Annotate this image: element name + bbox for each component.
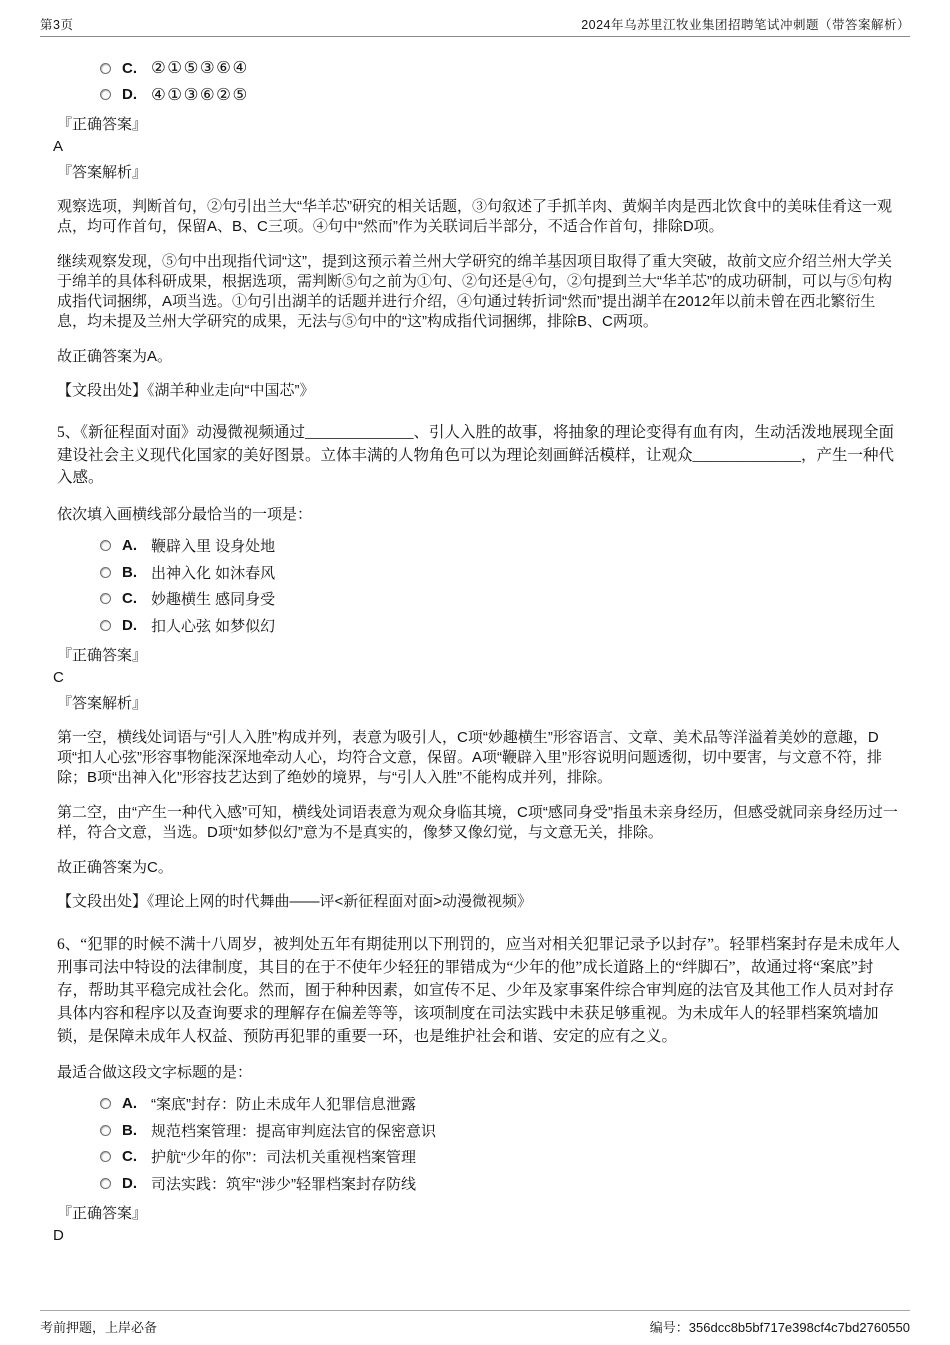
analysis-paragraph: 观察选项，判断首句，②句引出兰大“华羊芯”研究的相关话题，③句叙述了手抓羊肉、黄… (57, 197, 904, 237)
source-text: 【文段出处】《理论上网的时代舞曲——评<新征程面对面>动漫微视频》 (57, 892, 904, 912)
option-text: ④①③⑥②⑤ (151, 85, 249, 105)
option-text: 规范档案管理：提高审判庭法官的保密意识 (151, 1120, 436, 1141)
option-letter: C. (122, 60, 137, 77)
document-body: C. ②①⑤③⑥④ D. ④①③⑥②⑤ 『正确答案』 A 『答案解析』 观察选项… (0, 37, 950, 1310)
footer-slogan: 考前押题，上岸必备 (40, 1317, 157, 1345)
analysis-paragraph: 继续观察发现，⑤句中出现指代词“这”，提到这预示着兰州大学研究的绵羊基因项目取得… (57, 252, 904, 332)
option-letter: C. (122, 590, 137, 607)
option-row-q5-b[interactable]: B. 出神入化 如沐春风 (57, 559, 904, 586)
option-row-q6-a[interactable]: A. “案底”封存：防止未成年人犯罪信息泄露 (57, 1091, 904, 1118)
radio-button[interactable] (100, 620, 111, 631)
q4-options: C. ②①⑤③⑥④ D. ④①③⑥②⑤ (57, 55, 904, 108)
radio-button[interactable] (100, 1151, 111, 1162)
analysis-paragraph: 第二空，由“产生一种代入感”可知，横线处词语表意为观众身临其境，C项“感同身受”… (57, 803, 904, 843)
question-stem-q5: 5、《新征程面对面》动漫微视频通过______________、引人入胜的故事，… (57, 422, 904, 490)
radio-button[interactable] (100, 1178, 111, 1189)
question-prompt-q6: 最适合做这段文字标题的是： (57, 1063, 904, 1083)
conclusion-text: 故正确答案为A。 (57, 347, 904, 367)
option-row-q4-d[interactable]: D. ④①③⑥②⑤ (57, 82, 904, 109)
option-letter: D. (122, 1175, 137, 1192)
correct-answer-label: 『正确答案』 (57, 115, 904, 134)
question-prompt-q5: 依次填入画横线部分最恰当的一项是： (57, 505, 904, 525)
page-header: 第3页 2024年乌苏里江牧业集团招聘笔试冲刺题（带答案解析） (40, 0, 910, 37)
radio-button[interactable] (100, 567, 111, 578)
q5-options: A. 鞭辟入里 设身处地 B. 出神入化 如沐春风 C. 妙趣横生 感同身受 D… (57, 533, 904, 639)
option-letter: B. (122, 1122, 137, 1139)
option-letter: C. (122, 1148, 137, 1165)
option-row-q5-c[interactable]: C. 妙趣横生 感同身受 (57, 586, 904, 613)
option-letter: A. (122, 1095, 137, 1112)
document-page: 第3页 2024年乌苏里江牧业集团招聘笔试冲刺题（带答案解析） C. ②①⑤③⑥… (0, 0, 950, 1345)
option-row-q6-b[interactable]: B. 规范档案管理：提高审判庭法官的保密意识 (57, 1117, 904, 1144)
option-text: ②①⑤③⑥④ (151, 58, 249, 78)
radio-button[interactable] (100, 89, 111, 100)
question-stem-q6: 6、“犯罪的时候不满十八周岁，被判处五年有期徒刑以下刑罚的，应当对相关犯罪记录予… (57, 933, 904, 1048)
option-text: 护航“少年的你”：司法机关重视档案管理 (151, 1146, 416, 1167)
analysis-label: 『答案解析』 (57, 163, 904, 182)
radio-button[interactable] (100, 1098, 111, 1109)
option-letter: A. (122, 537, 137, 554)
option-row-q5-a[interactable]: A. 鞭辟入里 设身处地 (57, 533, 904, 560)
answer-value-q6: D (53, 1227, 904, 1245)
radio-button[interactable] (100, 540, 111, 551)
option-letter: B. (122, 564, 137, 581)
conclusion-text: 故正确答案为C。 (57, 858, 904, 878)
page-number: 第3页 (40, 15, 73, 33)
option-letter: D. (122, 86, 137, 103)
analysis-paragraph: 第一空，横线处词语与“引人入胜”构成并列，表意为吸引人，C项“妙趣横生”形容语言… (57, 728, 904, 788)
radio-button[interactable] (100, 593, 111, 604)
analysis-label: 『答案解析』 (57, 694, 904, 713)
option-letter: D. (122, 617, 137, 634)
option-text: 司法实践：筑牢“涉少”轻罪档案封存防线 (151, 1173, 416, 1194)
option-row-q6-d[interactable]: D. 司法实践：筑牢“涉少”轻罪档案封存防线 (57, 1170, 904, 1197)
q6-options: A. “案底”封存：防止未成年人犯罪信息泄露 B. 规范档案管理：提高审判庭法官… (57, 1091, 904, 1197)
radio-button[interactable] (100, 1125, 111, 1136)
correct-answer-label: 『正确答案』 (57, 646, 904, 665)
option-row-q4-c[interactable]: C. ②①⑤③⑥④ (57, 55, 904, 82)
footer-serial: 编号：356dcc8b5bf717e398cf4c7bd2760550 (650, 1317, 910, 1345)
source-text: 【文段出处】《湖羊种业走向“中国芯”》 (57, 381, 904, 401)
answer-value-q4: A (53, 138, 904, 156)
option-text: 出神入化 如沐春风 (151, 562, 275, 583)
option-text: 扣人心弦 如梦似幻 (151, 615, 275, 636)
page-footer: 考前押题，上岸必备 编号：356dcc8b5bf717e398cf4c7bd27… (40, 1310, 910, 1345)
doc-title: 2024年乌苏里江牧业集团招聘笔试冲刺题（带答案解析） (581, 15, 910, 33)
option-text: 妙趣横生 感同身受 (151, 588, 275, 609)
correct-answer-label: 『正确答案』 (57, 1204, 904, 1223)
option-text: “案底”封存：防止未成年人犯罪信息泄露 (151, 1093, 416, 1114)
option-text: 鞭辟入里 设身处地 (151, 535, 275, 556)
option-row-q6-c[interactable]: C. 护航“少年的你”：司法机关重视档案管理 (57, 1144, 904, 1171)
answer-value-q5: C (53, 669, 904, 687)
radio-button[interactable] (100, 63, 111, 74)
option-row-q5-d[interactable]: D. 扣人心弦 如梦似幻 (57, 612, 904, 639)
